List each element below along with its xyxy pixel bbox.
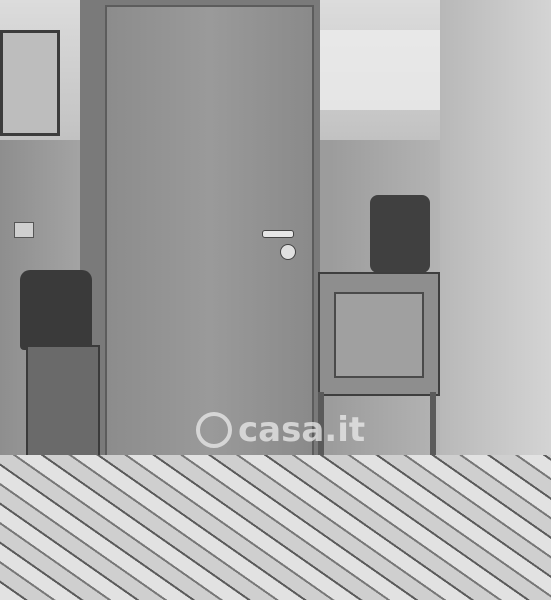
mosaic-floor bbox=[0, 455, 551, 600]
wall-picture-frame bbox=[0, 30, 60, 136]
light-switch bbox=[14, 222, 34, 238]
door-handle bbox=[262, 230, 294, 238]
house-circle-icon bbox=[196, 412, 232, 448]
umbrella-holder-top bbox=[370, 195, 430, 273]
cabinet-door-panel bbox=[334, 292, 424, 378]
watermark: casa.it bbox=[196, 410, 365, 450]
watermark-text: casa.it bbox=[238, 410, 365, 450]
door-lock bbox=[280, 244, 296, 260]
umbrellas bbox=[20, 270, 92, 350]
light-reflection bbox=[310, 30, 440, 110]
photo-scene: casa.it bbox=[0, 0, 551, 600]
